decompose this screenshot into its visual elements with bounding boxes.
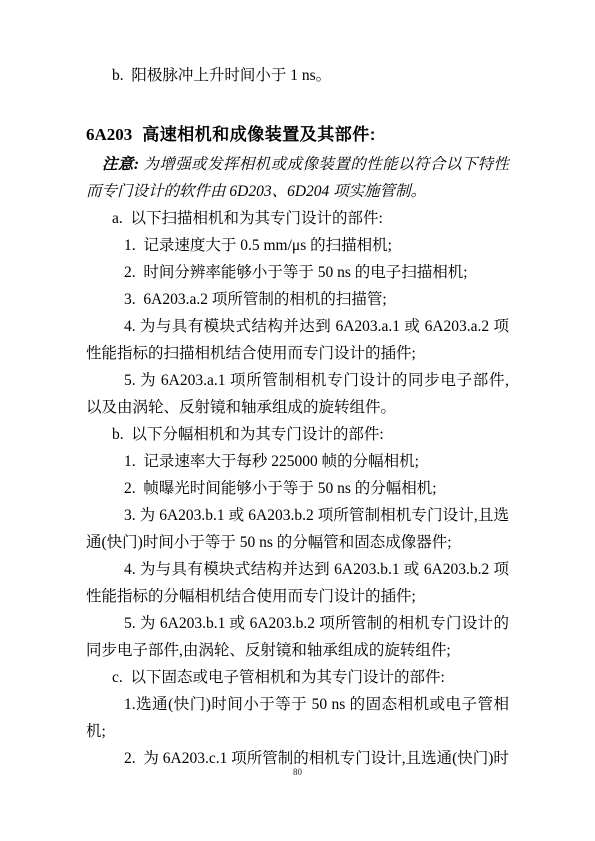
item-a-3: 3. 6A203.a.2 项所管制的相机的扫描管; <box>86 286 509 313</box>
item-b-2: 2. 帧曝光时间能够小于等于 50 ns 的分幅相机; <box>86 475 509 502</box>
page-number: 80 <box>0 766 595 778</box>
item-b-4: 4. 为与具有模块式结构并达到 6A203.b.1 或 6A203.b.2 项性… <box>86 556 509 610</box>
item-c-1: 1.选通(快门)时间小于等于 50 ns 的固态相机或电子管相机; <box>86 691 509 745</box>
item-b-5: 5. 为 6A203.b.1 或 6A203.b.2 项所管制的相机专门设计的同… <box>86 610 509 664</box>
document-page: b. 阳极脉冲上升时间小于 1 ns。 6A203高速相机和成像装置及其部件: … <box>0 0 595 841</box>
clause-anode-pulse: b. 阳极脉冲上升时间小于 1 ns。 <box>86 62 509 89</box>
item-a-4: 4. 为与具有模块式结构并达到 6A203.a.1 或 6A203.a.2 项性… <box>86 313 509 367</box>
item-a-1: 1. 记录速度大于 0.5 mm/μs 的扫描相机; <box>86 232 509 259</box>
entry-title: 高速相机和成像装置及其部件: <box>142 125 376 144</box>
page-content: b. 阳极脉冲上升时间小于 1 ns。 6A203高速相机和成像装置及其部件: … <box>86 62 509 772</box>
note-text: 为增强或发挥相机或成像装置的性能以符合以下特性而专门设计的软件由 6D203、6… <box>86 156 509 200</box>
item-b-3: 3. 为 6A203.b.1 或 6A203.b.2 项所管制相机专门设计,且选… <box>86 502 509 556</box>
section-b-header: b. 以下分幅相机和为其专门设计的部件: <box>86 421 509 448</box>
section-c-header: c. 以下固态或电子管相机和为其专门设计的部件: <box>86 664 509 691</box>
item-b-1: 1. 记录速率大于每秒 225000 帧的分幅相机; <box>86 448 509 475</box>
section-a-header: a. 以下扫描相机和为其专门设计的部件: <box>86 205 509 232</box>
entry-heading: 6A203高速相机和成像装置及其部件: <box>86 119 509 151</box>
entry-code: 6A203 <box>86 125 132 144</box>
item-a-5: 5. 为 6A203.a.1 项所管制相机专门设计的同步电子部件,以及由涡轮、反… <box>86 367 509 421</box>
item-a-2: 2. 时间分辨率能够小于等于 50 ns 的电子扫描相机; <box>86 259 509 286</box>
note-paragraph: 注意:为增强或发挥相机或成像装置的性能以符合以下特性而专门设计的软件由 6D20… <box>86 151 509 205</box>
note-label: 注意: <box>102 156 139 173</box>
